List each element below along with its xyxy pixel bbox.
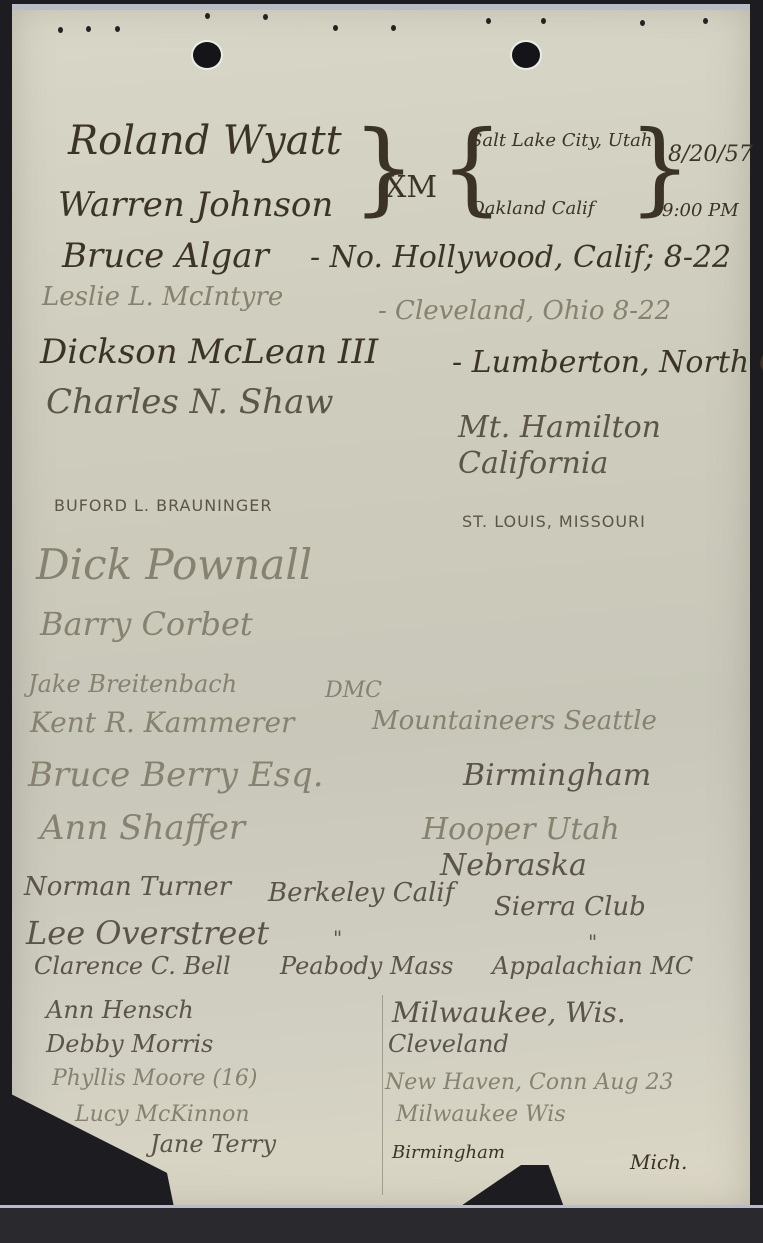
entry-location: Birmingham [463, 758, 651, 793]
entry-name: Charles N. Shaw [46, 382, 333, 422]
entry-location: Milwaukee, Wis. [392, 996, 626, 1029]
entry-location: DMC [325, 678, 382, 703]
entry-name: Ann Shaffer [40, 808, 245, 848]
entry-location: - Cleveland, Ohio 8-22 [378, 296, 671, 326]
perforation [703, 18, 708, 24]
entry-name: Ann Hensch [46, 996, 194, 1024]
entry-name: Debby Morris [46, 1030, 213, 1058]
entry-location: Cleveland [388, 1030, 509, 1058]
entry-name: BUFORD L. BRAUNINGER [54, 496, 272, 515]
entry-name: Dick Pownall [36, 540, 312, 589]
entry-location: Peabody Mass [280, 952, 453, 980]
entry-location: - No. Hollywood, Calif; 8-22 [310, 240, 731, 275]
column-divider [382, 995, 383, 1195]
entry-club: Sierra Club [494, 892, 646, 922]
entry-location: - Lumberton, North Carolina [452, 345, 763, 380]
entry-location: Birmingham [392, 1142, 505, 1163]
entry-name: Phyllis Moore (16) [52, 1066, 258, 1091]
perforation [486, 18, 491, 24]
entry-location: New Haven, Conn Aug 23 [385, 1070, 674, 1095]
perforation [640, 20, 645, 26]
group-label: XM [385, 170, 437, 205]
binding-hole-right [512, 42, 540, 68]
perforation [86, 26, 91, 32]
entry-name: Dickson McLean III [40, 332, 378, 372]
perforation [541, 18, 546, 24]
time: 9:00 PM [662, 200, 739, 221]
signature-warren-johnson: Warren Johnson [58, 185, 333, 225]
entry-name: Bruce Algar [62, 236, 269, 276]
entry-name: Norman Turner [24, 872, 231, 902]
entry-name: Jane Terry [150, 1130, 276, 1158]
entry-name: Kent R. Kammerer [30, 706, 294, 739]
signature-roland-wyatt: Roland Wyatt [68, 118, 342, 164]
entry-location: " [333, 926, 342, 950]
paper-top-edge [12, 4, 750, 10]
entry-name: Lucy McKinnon [75, 1102, 250, 1127]
perforation [263, 14, 268, 20]
perforation [205, 13, 210, 19]
entry-location: Nebraska [440, 848, 587, 883]
entry-location: ST. LOUIS, MISSOURI [462, 512, 646, 531]
entry-state: Mich. [630, 1150, 687, 1174]
entry-name: Lee Overstreet [26, 914, 269, 952]
perforation [58, 27, 63, 33]
city-salt-lake: Salt Lake City, Utah [470, 130, 652, 151]
binding-hole-left [193, 42, 221, 68]
entry-location: Mt. Hamilton California [458, 410, 688, 482]
perforation [391, 25, 396, 31]
entry-name: Barry Corbet [40, 605, 253, 643]
entry-name: Clarence C. Bell [34, 952, 231, 980]
entry-location: Mountaineers Seattle [372, 706, 657, 736]
entry-name: Leslie L. McIntyre [42, 282, 283, 312]
entry-name: Jake Breitenbach [28, 670, 237, 698]
entry-location: Hooper Utah [422, 812, 620, 847]
entry-location: Berkeley Calif [268, 878, 454, 908]
city-oakland: Oakland Calif [470, 198, 594, 219]
background-mat [0, 1205, 763, 1243]
date: 8/20/57 [668, 142, 753, 167]
perforation [333, 25, 338, 31]
entry-name: Bruce Berry Esq. [28, 755, 324, 795]
entry-club: " [588, 930, 597, 954]
perforation [115, 26, 120, 32]
entry-location: Milwaukee Wis [396, 1102, 566, 1127]
entry-club: Appalachian MC [492, 952, 693, 980]
